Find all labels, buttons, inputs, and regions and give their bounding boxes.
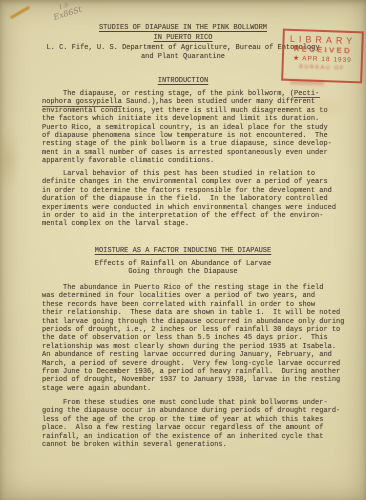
paragraph-moisture-1: The abundance in Puerto Rico of the rest…	[42, 284, 344, 393]
library-received-stamp: LIBRARY RECEIVED ★APR 18 1939 BUREAU OF	[281, 29, 364, 84]
rainfall-subheading: Effects of Rainfall on Abundance of Larv…	[0, 260, 366, 277]
stamp-bureau-text: BUREAU OF	[283, 64, 360, 73]
byline-line2: and Plant Quarantine	[141, 53, 225, 61]
stamp-date-line: ★APR 18 1939	[284, 54, 361, 65]
species-name-underline-2	[42, 106, 122, 107]
star-icon: ★	[293, 55, 301, 62]
paper-stain	[300, 95, 350, 121]
title-line2: IN PUERTO RICO	[154, 34, 213, 42]
paragraph-moisture-2: From these studies one must conclude tha…	[42, 399, 340, 449]
stamp-date-text: APR 18 1939	[302, 55, 352, 64]
scanned-document-page: 1.9Ex86St STUDIES OF DIAPAUSE IN THE PIN…	[0, 0, 366, 500]
pencil-note: 1.9Ex86St	[50, 0, 83, 22]
paragraph-intro-2: Larval behavior of this pest has been st…	[42, 170, 336, 229]
byline-line1: L. C. Fife, U. S. Department of Agricult…	[46, 44, 319, 52]
moisture-section-heading: MOISTURE AS A FACTOR INDUCING THE DIAPAU…	[0, 247, 366, 255]
paragraph-intro-1-text: The diapause, or resting stage, of the p…	[42, 90, 332, 165]
title-line1: STUDIES OF DIAPAUSE IN THE PINK BOLLWORM	[99, 24, 267, 32]
crayon-check-mark	[10, 6, 31, 20]
paper-stain	[0, 130, 22, 190]
